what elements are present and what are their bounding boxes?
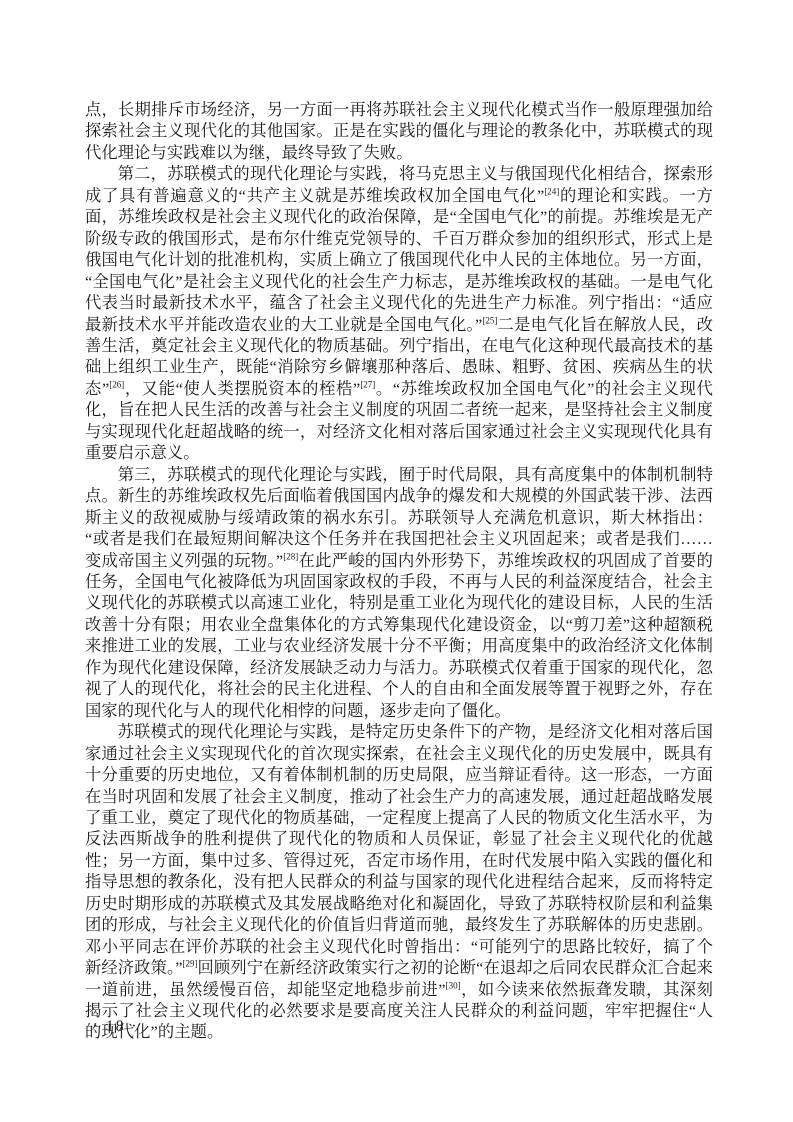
- paragraph: 第二，苏联模式的现代化理论与实践，将马克思主义与俄国现代化相结合，探索形成了具有…: [85, 163, 713, 463]
- document-page: 点，长期排斥市场经济，另一方面一再将苏联社会主义现代化模式当作一般原理强加给探索…: [0, 0, 793, 1122]
- citation-marker: [25]: [482, 315, 497, 325]
- citation-marker: [27]: [360, 379, 375, 389]
- citation-marker: [28]: [283, 551, 298, 561]
- citation-marker: [30]: [446, 980, 461, 990]
- paragraph: 苏联模式的现代化理论与实践，是特定历史条件下的产物，是经济文化相对落后国家通过社…: [85, 721, 713, 1043]
- paragraph: 点，长期排斥市场经济，另一方面一再将苏联社会主义现代化模式当作一般原理强加给探索…: [85, 99, 713, 163]
- citation-marker: [29]: [183, 959, 198, 969]
- citation-marker: [24]: [544, 186, 559, 196]
- paragraph: 第三，苏联模式的现代化理论与实践，囿于时代局限，具有高度集中的体制机制特点。新生…: [85, 464, 713, 721]
- citation-marker: [26]: [109, 379, 124, 389]
- page-number: · 18 ·: [93, 1018, 139, 1036]
- text-block: 点，长期排斥市场经济，另一方面一再将苏联社会主义现代化模式当作一般原理强加给探索…: [85, 99, 713, 1043]
